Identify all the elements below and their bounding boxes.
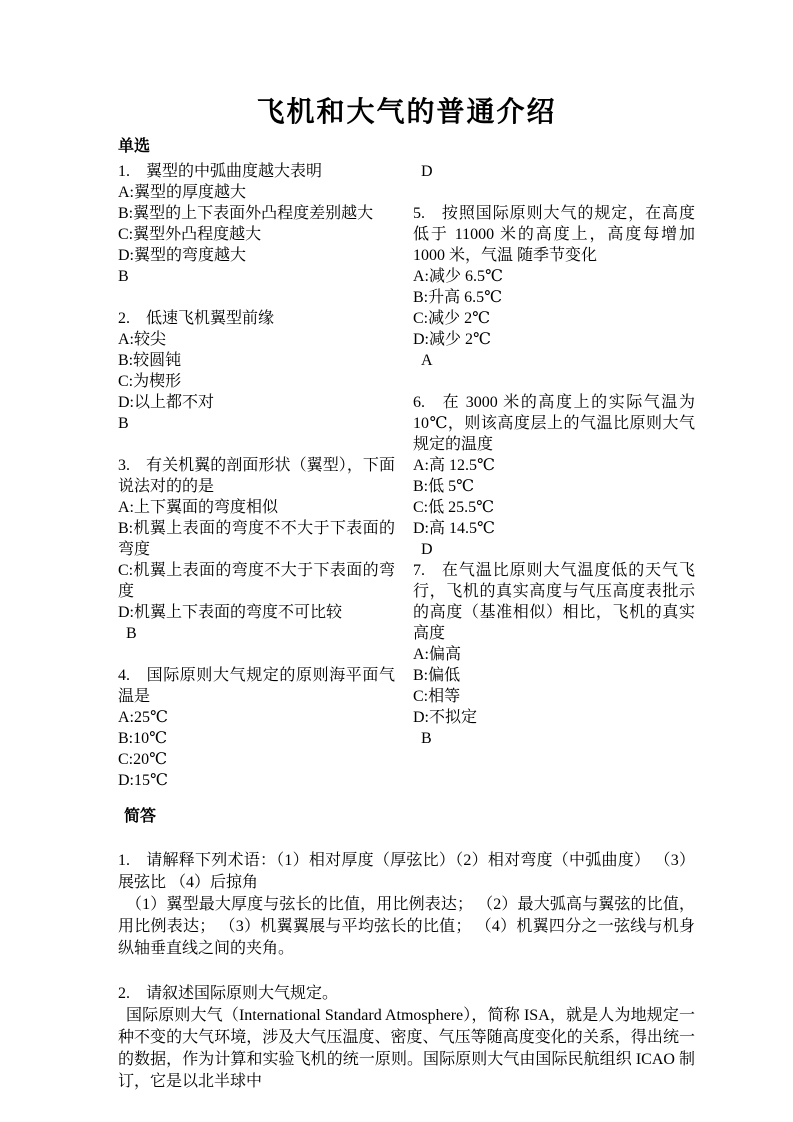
saq-item-2: 2.请叙述国际原则大气规定。 国际原则大气（International Stan… <box>118 983 695 1093</box>
option-line: C:低 25.5℃ <box>413 497 695 518</box>
saq-answer: 国际原则大气（International Standard Atmosphere… <box>118 1005 695 1093</box>
question-number: 5. <box>413 203 441 224</box>
answer-line: B <box>118 266 395 287</box>
question-text: 国际原则大气规定的原则海平面气温是 <box>118 667 395 705</box>
option-line: B:较圆钝 <box>118 350 395 371</box>
option-line: A:偏高 <box>413 644 695 665</box>
question-text: 有关机翼的剖面形状（翼型），下面说法对的的是 <box>118 457 395 495</box>
question-1: 1.翼型的中弧曲度越大表明 A:翼型的厚度越大 B:翼型的上下表面外凸程度差别越… <box>118 161 395 287</box>
option-line: A:上下翼面的弯度相似 <box>118 497 395 518</box>
document-page: 飞机和大气的普通介绍 单选 1.翼型的中弧曲度越大表明 A:翼型的厚度越大 B:… <box>0 0 793 1122</box>
saq-question: 2.请叙述国际原则大气规定。 <box>118 983 695 1005</box>
option-line: B:10℃ <box>118 728 395 749</box>
option-line: C:20℃ <box>118 749 395 770</box>
answer-line: D <box>413 539 695 560</box>
saq-item-1: 1.请解释下列术语：（1）相对厚度（厚弦比）（2）相对弯度（中弧曲度） （3）展… <box>118 850 695 960</box>
question-3: 3.有关机翼的剖面形状（翼型），下面说法对的的是 A:上下翼面的弯度相似 B:机… <box>118 455 395 644</box>
question-number: 7. <box>413 560 441 581</box>
option-line: D:减少 2℃ <box>413 329 695 350</box>
question-2: 2.低速飞机翼型前缘 A:较尖 B:较圆钝 C:为楔形 D:以上都不对 B <box>118 308 395 434</box>
option-line: D:不拟定 <box>413 707 695 728</box>
question-line: 1.翼型的中弧曲度越大表明 <box>118 161 395 182</box>
question-4: 4.国际原则大气规定的原则海平面气温是 A:25℃ B:10℃ C:20℃ D:… <box>118 665 395 791</box>
option-line: D:以上都不对 <box>118 392 395 413</box>
option-line: A:25℃ <box>118 707 395 728</box>
answer-line: B <box>118 413 395 434</box>
mcq-section-heading: 单选 <box>118 136 695 157</box>
option-line: C:为楔形 <box>118 371 395 392</box>
question-line: 6.在 3000 米的高度上的实际气温为 10℃，则该高度层上的气温比原则大气规… <box>413 392 695 455</box>
saq-question-text: 请叙述国际原则大气规定。 <box>146 985 338 1002</box>
question-line: 3.有关机翼的剖面形状（翼型），下面说法对的的是 <box>118 455 395 497</box>
left-column: 1.翼型的中弧曲度越大表明 A:翼型的厚度越大 B:翼型的上下表面外凸程度差别越… <box>118 161 395 791</box>
answer-line: B <box>118 623 395 644</box>
option-line: B:机翼上表面的弯度不不大于下表面的弯度 <box>118 518 395 560</box>
option-line: D:高 14.5℃ <box>413 518 695 539</box>
option-line: A:高 12.5℃ <box>413 455 695 476</box>
right-column: D 5.按照国际原则大气的规定，在高度低于 11000 米的高度上，高度每增加 … <box>413 161 695 791</box>
question-line: 7.在气温比原则大气温度低的天气飞行，飞机的真实高度与气压高度表批示的高度（基准… <box>413 560 695 644</box>
question-5: 5.按照国际原则大气的规定，在高度低于 11000 米的高度上，高度每增加 10… <box>413 203 695 371</box>
saq-answer: （1）翼型最大厚度与弦长的比值，用比例表达； （2）最大弧高与翼弦的比值，用比例… <box>118 894 695 960</box>
question-number: 1. <box>118 850 146 872</box>
q4-answer-overflow: D <box>413 161 695 182</box>
option-line: C:相等 <box>413 686 695 707</box>
question-number: 1. <box>118 161 146 182</box>
saq-section-heading: 简答 <box>118 806 695 827</box>
option-line: C:翼型外凸程度越大 <box>118 224 395 245</box>
question-text: 翼型的中弧曲度越大表明 <box>146 163 322 180</box>
option-line: B:升高 6.5℃ <box>413 287 695 308</box>
option-line: C:减少 2℃ <box>413 308 695 329</box>
option-line: B:翼型的上下表面外凸程度差别越大 <box>118 203 395 224</box>
question-number: 2. <box>118 983 146 1005</box>
question-number: 3. <box>118 455 146 476</box>
option-line: B:低 5℃ <box>413 476 695 497</box>
question-number: 2. <box>118 308 146 329</box>
page-title: 飞机和大气的普通介绍 <box>118 95 695 129</box>
option-line: D:15℃ <box>118 770 395 791</box>
question-text: 在 3000 米的高度上的实际气温为 10℃，则该高度层上的气温比原则大气规定的… <box>413 394 695 453</box>
saq-question-text: 请解释下列术语：（1）相对厚度（厚弦比）（2）相对弯度（中弧曲度） （3）展弦比… <box>118 852 695 891</box>
question-line: 4.国际原则大气规定的原则海平面气温是 <box>118 665 395 707</box>
option-line: C:机翼上表面的弯度不大于下表面的弯度 <box>118 560 395 602</box>
question-number: 4. <box>118 665 146 686</box>
question-number: 6. <box>413 392 441 413</box>
question-7: 7.在气温比原则大气温度低的天气飞行，飞机的真实高度与气压高度表批示的高度（基准… <box>413 560 695 749</box>
option-line: D:机翼上下表面的弯度不可比较 <box>118 602 395 623</box>
question-6: 6.在 3000 米的高度上的实际气温为 10℃，则该高度层上的气温比原则大气规… <box>413 392 695 560</box>
question-text: 在气温比原则大气温度低的天气飞行，飞机的真实高度与气压高度表批示的高度（基准相似… <box>413 562 695 642</box>
question-line: 2.低速飞机翼型前缘 <box>118 308 395 329</box>
saq-question: 1.请解释下列术语：（1）相对厚度（厚弦比）（2）相对弯度（中弧曲度） （3）展… <box>118 850 695 894</box>
option-line: B:偏低 <box>413 665 695 686</box>
question-text: 低速飞机翼型前缘 <box>146 310 274 327</box>
answer-line: A <box>413 350 695 371</box>
option-line: A:较尖 <box>118 329 395 350</box>
option-line: D:翼型的弯度越大 <box>118 245 395 266</box>
option-line: A:翼型的厚度越大 <box>118 182 395 203</box>
question-line: 5.按照国际原则大气的规定，在高度低于 11000 米的高度上，高度每增加 10… <box>413 203 695 266</box>
question-text: 按照国际原则大气的规定，在高度低于 11000 米的高度上，高度每增加 1000… <box>413 205 695 264</box>
option-line: A:减少 6.5℃ <box>413 266 695 287</box>
answer-line: B <box>413 728 695 749</box>
mcq-columns: 1.翼型的中弧曲度越大表明 A:翼型的厚度越大 B:翼型的上下表面外凸程度差别越… <box>118 161 695 791</box>
